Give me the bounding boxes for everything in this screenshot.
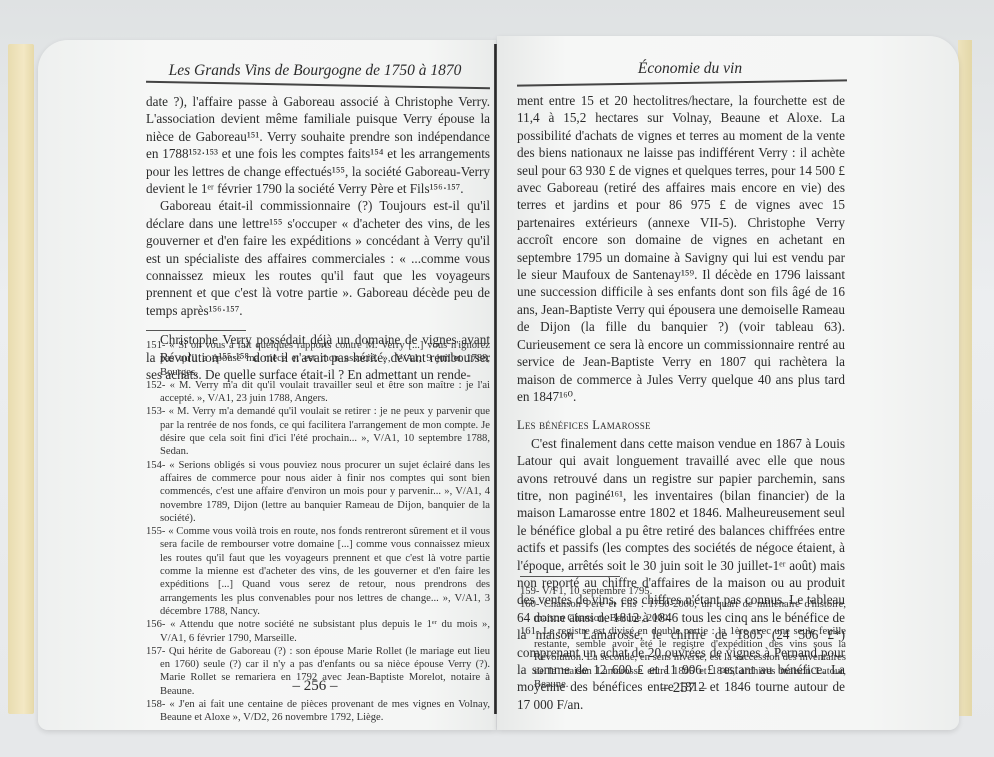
section-title: Les bénéfices Lamarosse [517, 417, 845, 434]
footnote-152: 152- « M. Verry m'a dit qu'il voulait tr… [146, 379, 490, 406]
left-page-number: – 256 – [255, 678, 375, 695]
footnote-159: 159- V/F1, 10 septembre 1795. [520, 585, 846, 598]
right-paragraph-1: ment entre 15 et 20 hectolitres/hectare,… [517, 92, 845, 405]
right-running-head: Économie du vin [560, 60, 820, 78]
book-page-edge-right [958, 40, 972, 716]
footnote-155: 155- « Comme vous voilà trois en route, … [146, 525, 490, 618]
left-running-head: Les Grands Vins de Bourgogne de 1750 à 1… [150, 62, 480, 80]
right-footnote-rule [520, 576, 620, 577]
footnote-153: 153- « M. Verry m'a demandé qu'il voulai… [146, 405, 490, 458]
book-page-edge-left [8, 44, 34, 714]
right-footnotes: 159- V/F1, 10 septembre 1795. 160- Chans… [520, 585, 846, 691]
right-page-number: – 257 – [624, 680, 744, 697]
left-paragraph-2: Gaboreau était-il commissionnaire (?) To… [146, 197, 490, 319]
footnote-151: 151- « Si on vous a fait quelques rappor… [146, 339, 490, 379]
left-paragraph-1: date ?), l'affaire passe à Gaboreau asso… [146, 93, 490, 197]
footnote-154: 154- « Serions obligés si vous pouviez n… [146, 459, 490, 525]
left-footnote-rule [146, 330, 246, 331]
footnote-158: 158- « J'en ai fait une centaine de pièc… [146, 698, 490, 725]
left-footnotes: 151- « Si on vous a fait quelques rappor… [146, 339, 490, 725]
footnote-160: 160- Chanson Père et Fils : 1750-2000, u… [520, 598, 846, 625]
footnote-156: 156- « Attendu que notre société ne subs… [146, 618, 490, 645]
